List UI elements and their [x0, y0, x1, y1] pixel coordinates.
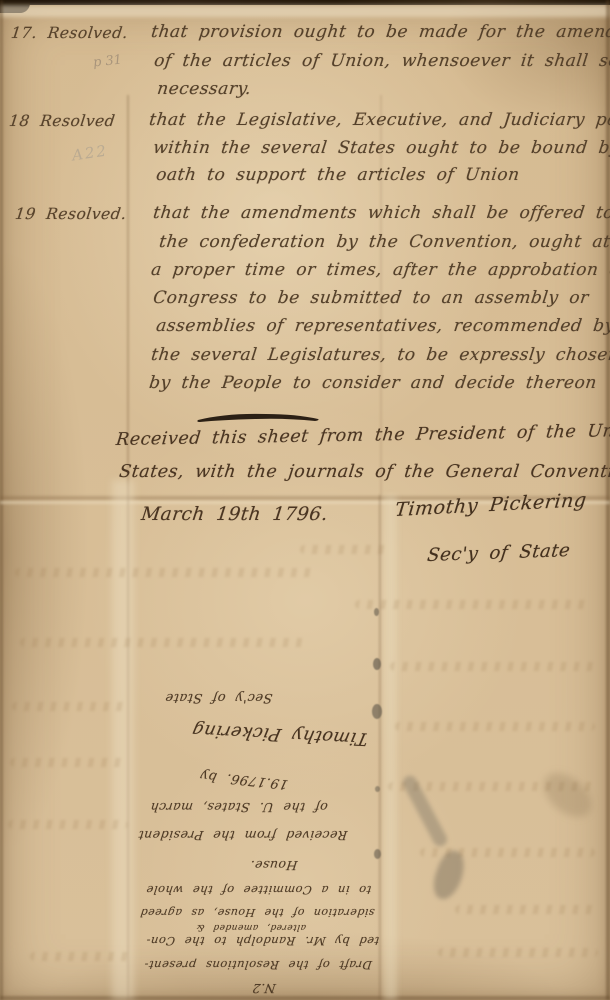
docket-line-house: House. [249, 858, 298, 873]
bleedthrough-strokes [455, 905, 595, 914]
bleedthrough-strokes [420, 848, 595, 857]
resolution-17-line: necessary. [156, 79, 253, 99]
fold-crease-vertical-left [127, 95, 129, 1000]
docket-line-sideration: sideration of the House, as agreed [139, 906, 375, 919]
bleedthrough-strokes [12, 702, 127, 711]
docket-line-randolph: ted by Mr. Randolph to the Con- [145, 934, 380, 948]
pencil-annotation-page: p 31 [92, 53, 122, 71]
bleedthrough-strokes [10, 758, 128, 767]
pickering-signature-title: Sec'y of State [426, 540, 572, 566]
scan-edge-bottom [0, 996, 610, 1000]
resolution-19-line: a proper time or times, after the approb… [150, 260, 610, 280]
docket-line-u-states: of the U. States, march [149, 800, 328, 815]
resolution-19-label: 19 Resolved. [14, 205, 128, 223]
resolution-19-line: the several Legislatures, to be expressl… [150, 345, 610, 365]
docket-line-draft-title: Draft of the Resolutions present- [143, 958, 373, 972]
ink-flourish [196, 410, 322, 426]
manuscript-page: p 31 A22 17. Resolved. that provision ou… [0, 0, 610, 1000]
pencil-annotation-number: A22 [71, 142, 109, 165]
resolution-18-line: oath to support the articles of Union [155, 165, 521, 185]
bleedthrough-strokes [15, 568, 315, 577]
crease-ink-speck [374, 608, 379, 616]
fold-crease-vertical-right-worn [384, 495, 397, 1000]
resolution-18-line: within the several States ought to be bo… [152, 138, 610, 158]
resolution-19-line: assemblies of representatives, recommend… [155, 316, 610, 336]
corner-smudge [536, 764, 600, 825]
bleedthrough-strokes [395, 722, 595, 731]
resolution-19-line: the confederation by the Convention, oug… [158, 232, 610, 252]
crease-ink-speck [374, 849, 381, 859]
crease-ink-speck [373, 658, 381, 670]
gray-smudge-diagonal [401, 773, 450, 848]
receipt-note-line: States, with the journals of the General… [118, 462, 610, 482]
resolution-18-line: that the Legislative, Executive, and Jud… [148, 110, 610, 130]
docket-line-date: 19.1796. by [199, 768, 290, 792]
scan-edge-left [0, 0, 3, 1000]
pickering-signature: Timothy Pickering [394, 489, 588, 521]
resolution-17-line: that provision ought to be made for the … [150, 22, 610, 42]
bleedthrough-strokes [390, 662, 595, 671]
resolution-19-line: that the amendments which shall be offer… [152, 203, 610, 223]
bleedthrough-strokes [438, 948, 598, 957]
bleedthrough-strokes [20, 638, 305, 647]
resolution-17-label: 17. Resolved. [10, 24, 129, 42]
docket-line-altered-amended: altered, amended & [195, 922, 306, 932]
gray-smudge-blot [428, 847, 470, 903]
docket-line-committee: to in a Committee of the whole [145, 883, 372, 897]
receipt-date: March 19th 1796. [140, 504, 329, 525]
crease-ink-speck [375, 786, 380, 792]
scan-edge-top-corner [0, 0, 30, 13]
fold-crease-vertical-right [379, 495, 381, 1000]
resolution-18-label: 18 Resolved [8, 112, 116, 130]
bleedthrough-strokes [300, 545, 390, 554]
scan-edge-top [0, 0, 610, 5]
docket-line-received: Received from the President [137, 828, 348, 843]
bleedthrough-strokes [8, 820, 128, 829]
docket-line-secy-of-state: Sec'y of State [164, 690, 273, 705]
paper-top-light-band [0, 5, 610, 17]
bleedthrough-strokes [355, 600, 590, 609]
resolution-17-line: of the articles of Union, whensoever it … [153, 51, 610, 71]
receipt-note-line: Received this sheet from the President o… [115, 421, 610, 450]
bleedthrough-strokes [30, 952, 130, 961]
bleedthrough-strokes [388, 782, 598, 791]
resolution-19-line: Congress to be submitted to an assembly … [152, 288, 590, 308]
docket-line-number: N.2 [251, 981, 276, 996]
crease-ink-speck [372, 704, 382, 719]
docket-line-pickering-signature: Timothy Pickering [190, 719, 370, 748]
resolution-19-line: by the People to consider and decide the… [148, 373, 598, 393]
fold-crease-vertical-left-worn [112, 480, 134, 1000]
